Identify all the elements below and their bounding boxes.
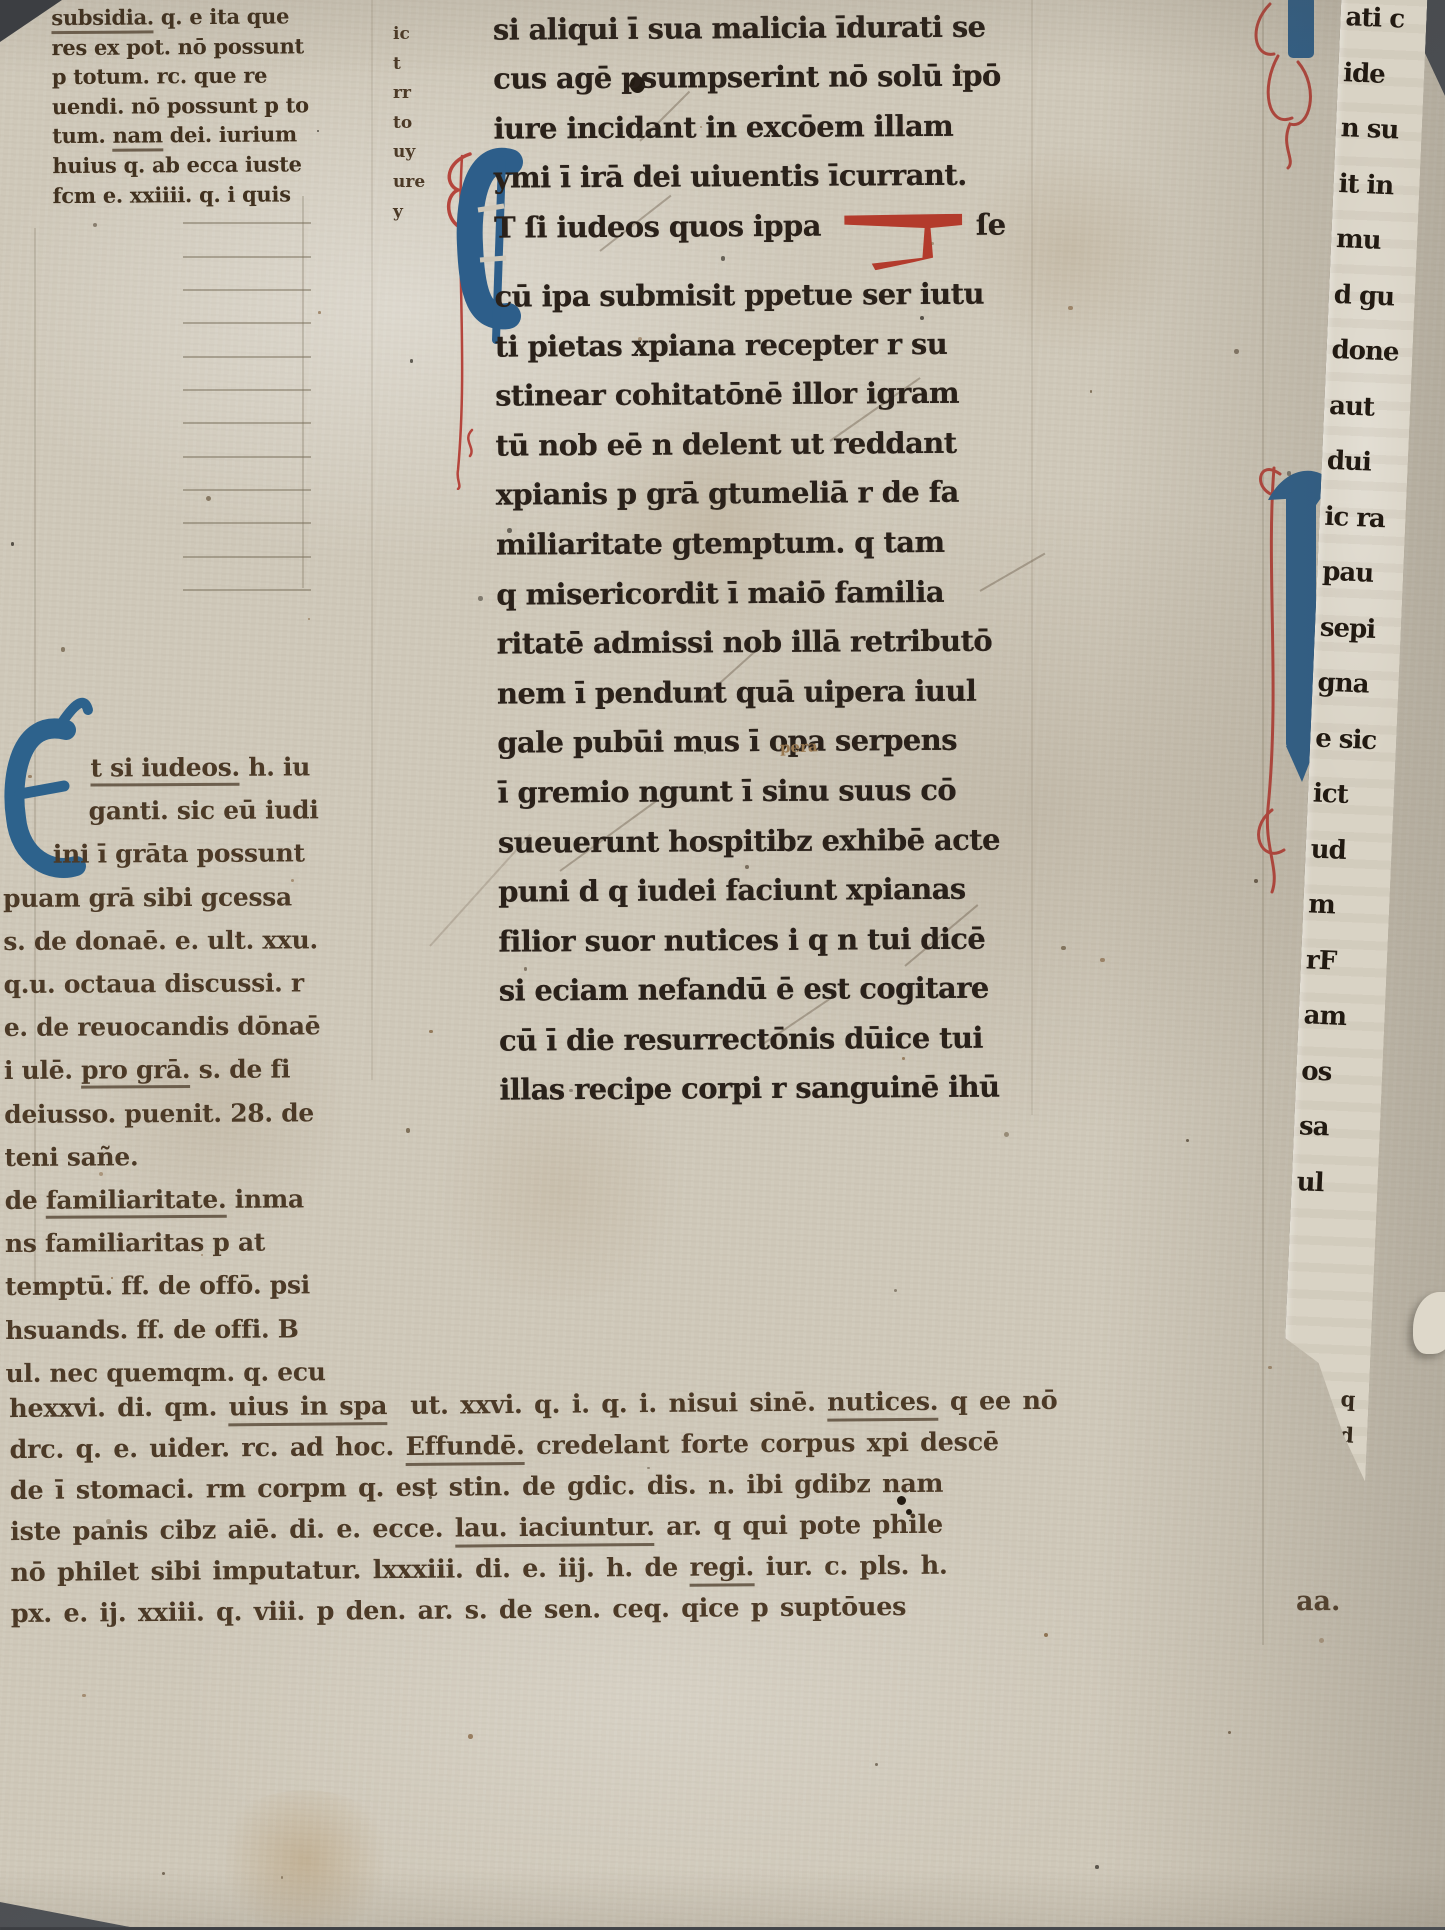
- text-span: credelant forte corpus xpi descē: [524, 1427, 998, 1461]
- text-line: to: [393, 109, 433, 139]
- text-span: it in: [1338, 169, 1394, 201]
- text-span: sepi: [1319, 612, 1375, 644]
- speck: [429, 1030, 433, 1034]
- text-span: ini ī grāta possunt: [53, 839, 305, 869]
- text-line: fcm e. xxiiii. q. i quis: [53, 178, 371, 210]
- underlined-text: uius in spa: [229, 1391, 388, 1426]
- text-span: puam grā sibi gcessa: [3, 882, 292, 913]
- text-span: ud: [1310, 834, 1346, 865]
- underlined-text: Effundē.: [405, 1431, 524, 1466]
- text-span: y: [393, 202, 403, 222]
- text-span: iur. c. pls. h.: [754, 1551, 948, 1583]
- text-span: fcm e. xxiiii. q. i quis: [53, 181, 291, 208]
- text-line: res ex pot. nō possunt: [51, 30, 369, 62]
- text-span: nō philet sibi imputatur. lxxxiii. di. e…: [10, 1553, 689, 1588]
- underlined-text: lau. iaciuntur.: [455, 1512, 655, 1548]
- text-line: ritatē admissi nob illā retributō: [497, 616, 1037, 669]
- text-span: illas recipe corpi r sanguinē ihū: [499, 1070, 999, 1107]
- text-span: hexxvi. di. qm.: [9, 1392, 229, 1424]
- text-span: h. iu: [240, 752, 310, 781]
- text-line: e sic: [1314, 711, 1396, 770]
- text-span: q: [1340, 1386, 1356, 1412]
- speck: [206, 496, 211, 501]
- speck: [507, 528, 512, 533]
- speck: [106, 1519, 111, 1524]
- text-line: q: [1340, 1381, 1356, 1418]
- text-span: aut: [1329, 390, 1375, 422]
- text-span: inma: [226, 1184, 304, 1213]
- text-span: ti pietas xpiana recepter r su: [495, 326, 948, 363]
- text-span: temptū. ff. de offō. psi: [5, 1271, 310, 1302]
- text-span: filior suor nutices i q n tui dicē: [498, 921, 985, 958]
- text-line: ic ra: [1323, 489, 1405, 548]
- text-line: ure: [393, 168, 433, 198]
- gloss-bottom: hexxvi. di. qm. uius in spa ut. xxvi. q.…: [9, 1379, 1303, 1635]
- text-span: uy: [393, 142, 415, 162]
- underlined-text: nutices.: [827, 1387, 938, 1422]
- underlined-text: pro grā.: [81, 1055, 190, 1089]
- speck: [1228, 1731, 1232, 1735]
- text-line: uendi. nō possunt p to: [52, 90, 370, 122]
- text-line: ic: [393, 20, 433, 50]
- speck: [11, 542, 15, 546]
- text-span: cū ī die resurrectōnis dūice tui: [499, 1021, 983, 1058]
- text-line: cus agē psumpserint nō solū ipō: [493, 52, 1033, 105]
- text-span: ns familiaritas p at: [5, 1228, 265, 1258]
- text-span: tū nob eē n delent ut reddant: [495, 426, 956, 463]
- text-line: miliaritate gtemptum. q tam: [496, 517, 1036, 570]
- speck: [28, 775, 32, 779]
- speck: [410, 359, 414, 363]
- text-line: gna: [1316, 656, 1398, 715]
- text-span: q.u. octaua discussi. r: [3, 968, 303, 999]
- text-line: teni sañe.: [4, 1134, 376, 1179]
- text-span: nem ī pendunt quā uipera iuul: [497, 673, 976, 710]
- underlined-text: regi.: [689, 1552, 754, 1587]
- text-span: e sic: [1315, 723, 1377, 756]
- main-text-column: ui uic ac iu annuamsi aliqui ī sua malic…: [492, 0, 1039, 1116]
- speck: [318, 311, 321, 314]
- text-span: T ſi iudeos quos ippa: [494, 209, 830, 245]
- text-line: xpianis p grā gtumeliā r de fa: [496, 468, 1036, 521]
- speck: [745, 865, 749, 869]
- text-line: stinear cohitatōnē illor igram: [495, 369, 1035, 422]
- text-span: si aliqui ī sua malicia īdurati se: [493, 9, 986, 46]
- speck: [468, 1734, 473, 1739]
- speck: [1186, 1139, 1189, 1142]
- text-span: q ee nō: [938, 1386, 1057, 1417]
- speck: [1061, 946, 1065, 950]
- text-line: ud: [1309, 822, 1391, 881]
- speck: [524, 967, 527, 970]
- parchment-stain: [210, 1790, 400, 1927]
- text-span: n su: [1340, 113, 1399, 145]
- text-line: i ulē. pro grā. s. de fi: [4, 1047, 376, 1092]
- text-span: ic: [393, 24, 410, 44]
- speck: [1319, 1638, 1324, 1643]
- text-line: ymi ī irā dei uiuentis īcurrant.: [494, 151, 1034, 204]
- text-line: ati c: [1344, 0, 1426, 49]
- text-line: mu: [1335, 212, 1417, 271]
- speck: [875, 1763, 879, 1767]
- text-line: done: [1330, 323, 1412, 382]
- speck: [162, 1872, 165, 1875]
- text-line: nem ī pendunt quā uipera iuul: [497, 666, 1037, 719]
- text-line: sepi: [1319, 600, 1401, 659]
- text-line: am: [1303, 988, 1385, 1047]
- text-span: de: [5, 1186, 46, 1215]
- text-span: xpianis p grā gtumeliā r de fa: [496, 475, 959, 512]
- text-line: si eciam nefandū ē est cogitare: [499, 964, 1039, 1017]
- text-span: ymi ī irā dei uiuentis īcurrant.: [494, 158, 967, 195]
- text-line: px. e. ij. xxiii. q. viii. p den. ar. s.…: [11, 1584, 1303, 1635]
- text-line: it in: [1337, 157, 1419, 216]
- text-span: ī gremio ngunt ī sinu suus cō: [497, 773, 956, 810]
- text-line: illas recipe corpi r sanguinē ihū: [499, 1063, 1039, 1116]
- text-line: n su: [1340, 101, 1422, 160]
- text-line: si aliqui ī sua malicia īdurati se: [493, 2, 1033, 55]
- speck: [93, 223, 97, 227]
- text-line: uy: [393, 138, 433, 168]
- text-span: done: [1331, 335, 1399, 368]
- text-line: subsidia. q. e ita que: [51, 1, 369, 33]
- text-span: iste panis cibz aiē. di. e. ecce.: [10, 1514, 455, 1547]
- text-line: cū ipa submisit ppetue ser iutu: [494, 269, 1034, 322]
- text-line: aut: [1328, 378, 1410, 437]
- speck: [1287, 471, 1292, 476]
- text-span: ure: [393, 172, 425, 192]
- text-span: p totum. rc. que re: [52, 63, 268, 90]
- text-line: filior suor nutices i q n tui dicē: [498, 914, 1038, 967]
- text-span: e. de reuocandis dōnaē: [4, 1012, 321, 1043]
- text-line: de familiaritate. inma: [5, 1177, 377, 1222]
- text-span: drc. q. e. uider. rc. ad hoc.: [9, 1432, 405, 1465]
- text-span: to: [393, 113, 412, 133]
- text-span: cū ipa submisit ppetue ser iutu: [494, 277, 984, 314]
- text-span: ſe: [966, 207, 1005, 241]
- text-line: t: [393, 50, 433, 80]
- text-span: ganti. sic eū iudi: [89, 796, 319, 826]
- text-span: gna: [1317, 668, 1369, 700]
- text-span: deiusso. puenit. 28. de: [4, 1098, 314, 1129]
- text-line: ī gremio ngunt ī sinu suus cō: [497, 765, 1037, 818]
- speck: [1254, 879, 1258, 883]
- text-line: ul: [1296, 1155, 1378, 1214]
- speck: [1100, 958, 1105, 963]
- text-span: res ex pot. nō possunt: [52, 33, 304, 60]
- text-line: tum. nam dei. iurium: [52, 119, 370, 151]
- text-span: rr: [393, 83, 411, 103]
- text-line: deiusso. puenit. 28. de: [4, 1091, 376, 1136]
- text-span: de ī stomaci. rm corpm q. est stin. de g…: [10, 1469, 944, 1506]
- text-line: rr: [393, 79, 433, 109]
- text-line: ide: [1342, 46, 1424, 105]
- text-line: tū nob eē n delent ut reddant: [495, 418, 1035, 471]
- text-span: hsuands. ff. de offi. B: [5, 1314, 298, 1345]
- speck: [1090, 390, 1092, 392]
- text-span: q. e ita que: [154, 3, 289, 29]
- text-span: ati c: [1345, 2, 1405, 34]
- text-span: sueuerunt hospitibz exhibē acte: [498, 822, 1000, 859]
- manuscript-page: subsidia. q. e ita queres ex pot. nō pos…: [0, 0, 1445, 1927]
- speck: [1044, 1633, 1048, 1637]
- text-span: si eciam nefandū ē est cogitare: [499, 971, 989, 1008]
- text-line: ganti. sic eū iudi: [3, 788, 375, 833]
- text-line: iure incidant in excōem illam: [493, 101, 1033, 154]
- text-line: sa: [1298, 1099, 1380, 1158]
- text-span: stinear cohitatōnē illor igram: [495, 376, 959, 413]
- text-span: s. de fi: [190, 1055, 290, 1085]
- text-span: mu: [1336, 224, 1382, 256]
- speck: [721, 256, 726, 261]
- text-line: sueuerunt hospitibz exhibē acte: [498, 815, 1038, 868]
- text-span: pau: [1322, 557, 1374, 589]
- text-span: t: [393, 54, 401, 74]
- text-span: iure incidant in excōem illam: [493, 109, 953, 146]
- text-span: ar. q qui pote phile: [654, 1510, 943, 1542]
- text-span: ic ra: [1324, 501, 1386, 533]
- text-line: os: [1300, 1044, 1382, 1103]
- speck: [1068, 306, 1072, 310]
- underlined-text: t si iudeos.: [90, 753, 240, 787]
- text-line: ict: [1312, 767, 1394, 826]
- speck: [894, 1289, 897, 1292]
- speck: [111, 1277, 113, 1279]
- text-span: ritatē admissi nob illā retributō: [497, 624, 993, 661]
- gloss-edge-fragments: ictrrtouyurey: [393, 20, 433, 227]
- text-line: t si iudeos. h. iu: [2, 745, 374, 790]
- text-line: puam grā sibi gcessa: [3, 875, 375, 920]
- text-span: i ulē.: [4, 1056, 81, 1085]
- text-span: px. e. ij. xxiii. q. viii. p den. ar. s.…: [11, 1592, 907, 1629]
- speck: [1234, 349, 1239, 354]
- underlined-text: nam: [112, 123, 162, 152]
- text-line: p totum. rc. que re: [52, 60, 370, 92]
- text-line: ns familiaritas p at: [5, 1220, 377, 1265]
- text-line: q misericordit ī maiō familia: [496, 567, 1036, 620]
- text-span: s. de donaē. e. ult. xxu.: [3, 925, 318, 956]
- text-line: temptū. ff. de offō. psi: [5, 1263, 377, 1308]
- text-span: ide: [1343, 58, 1386, 90]
- text-span: dui: [1326, 446, 1371, 478]
- speck: [647, 1467, 650, 1470]
- text-line: dui: [1326, 434, 1408, 493]
- text-span: os: [1301, 1056, 1332, 1087]
- text-line: s. de donaē. e. ult. xxu.: [3, 918, 375, 963]
- speck: [281, 1876, 284, 1879]
- text-span: cus agē psumpserint nō solū ipō: [493, 59, 1001, 96]
- speck: [920, 316, 924, 320]
- underlined-text: subsidia.: [51, 4, 154, 34]
- text-line: e. de reuocandis dōnaē: [4, 1004, 376, 1049]
- speck: [61, 647, 65, 651]
- text-span: am: [1303, 1000, 1347, 1032]
- text-span: teni sañe.: [4, 1142, 138, 1172]
- speck: [406, 1128, 411, 1133]
- text-span: uendi. nō possunt p to: [52, 92, 309, 119]
- text-line: d gu: [1333, 267, 1415, 326]
- text-line: huius q. ab ecca iuste: [52, 149, 370, 181]
- text-line: ti pietas xpiana recepter r su: [495, 319, 1035, 372]
- text-line: rF: [1305, 933, 1387, 992]
- text-span: puni d q iudei faciunt xpianas: [498, 872, 966, 909]
- underlined-text: familiaritate.: [46, 1185, 227, 1219]
- gloss-top-left: subsidia. q. e ita queres ex pot. nō pos…: [51, 1, 370, 210]
- text-span: ul: [1296, 1167, 1324, 1198]
- speck: [201, 1254, 203, 1256]
- text-line: y: [393, 198, 433, 228]
- text-line: ini ī grāta possunt: [3, 831, 375, 876]
- text-line: gale pubūi mus ī opa serpens: [497, 716, 1037, 769]
- text-line: pau: [1321, 545, 1403, 604]
- text-span: gale pubūi mus ī opa serpens: [497, 723, 957, 760]
- text-span: rF: [1305, 945, 1336, 976]
- text-span: huius q. ab ecca iuste: [52, 151, 301, 178]
- text-span: m: [1308, 889, 1336, 920]
- text-line: puni d q iudei faciunt xpianas: [498, 864, 1038, 917]
- rubric-initial-block: I: [844, 214, 962, 271]
- text-line: q.u. octaua discussi. r: [3, 961, 375, 1006]
- text-span: q misericordit ī maiō familia: [496, 574, 944, 611]
- text-span: tum.: [52, 123, 112, 148]
- text-line: m: [1307, 877, 1389, 936]
- interlinear-note: pera: [780, 737, 818, 756]
- text-span: sa: [1298, 1111, 1329, 1142]
- text-span: ict: [1312, 779, 1348, 810]
- speck: [1268, 1366, 1272, 1370]
- speck: [308, 618, 310, 620]
- text-span: miliaritate gtemptum. q tam: [496, 525, 945, 562]
- quire-signature: aa.: [1296, 1586, 1340, 1617]
- text-line: T ſi iudeos quos ippa I ſe: [494, 200, 1034, 272]
- text-line: hsuands. ff. de offi. B: [5, 1307, 377, 1352]
- speck: [1004, 1132, 1009, 1137]
- text-line: cū ī die resurrectōnis dūice tui: [499, 1013, 1039, 1066]
- text-span: ut. xxvi. q. i. q. i. nisui sinē.: [387, 1388, 827, 1421]
- gloss-middle-left: t si iudeos. h. iuganti. sic eū iudiini …: [2, 745, 377, 1395]
- speck: [1095, 1865, 1099, 1869]
- illuminated-initial-top-right: [1236, 0, 1346, 171]
- text-span: d gu: [1333, 279, 1395, 311]
- text-span: dei. iurium: [163, 122, 297, 148]
- speck: [478, 596, 482, 600]
- speck: [82, 1694, 86, 1698]
- speck: [902, 1057, 905, 1060]
- text-span: ul. nec quemqm. q. ecu: [6, 1357, 326, 1388]
